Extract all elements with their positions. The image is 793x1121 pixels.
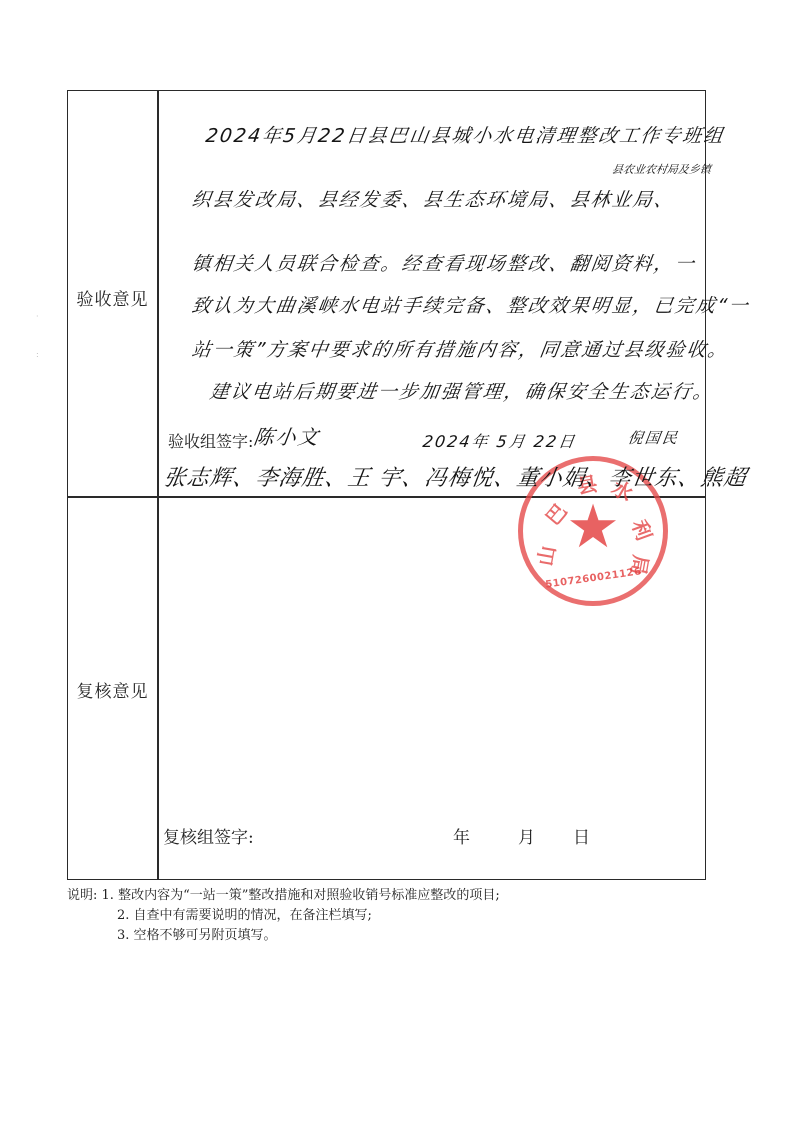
seal-char: 利 (626, 515, 660, 544)
acceptance-review-table: 验收意见 2024年5月22日县巴山县城小水电清理整改工作专班组 县农业农村局及… (67, 90, 706, 880)
review-signature-label: 复核组签字: (163, 823, 254, 848)
scan-speck: · (36, 312, 39, 321)
notes-section: 说明: 1. 整改内容为“一站一策”整改措施和对照验收销号标准应整改的项目; 2… (67, 886, 500, 946)
note-text: 1. 整改内容为“一站一策”整改措施和对照验收销号标准应整改的项目; (102, 888, 500, 903)
review-opinion-label: 复核意见 (68, 677, 157, 702)
acceptance-handwriting-line: 2024年5月22日县巴山县城小水电清理整改工作专班组 (204, 121, 726, 148)
acceptance-signature-first: 陈小文 (252, 421, 322, 450)
acceptance-handwriting-line: 建议电站后期要进一步加强管理，确保安全生态运行。 (208, 377, 716, 404)
acceptance-handwriting-line: 致认为大曲溪峡水电站手续完备、整改效果明显，已完成“一 (190, 291, 752, 318)
acceptance-signature-names: 张志辉、李海胜、王 宇、冯梅悦、董小娟、李世东、熊超 (162, 461, 749, 492)
review-date-year: 年 (453, 823, 470, 848)
note-item: 说明: 1. 整改内容为“一站一策”整改措施和对照验收销号标准应整改的项目; (67, 886, 500, 906)
acceptance-signature-label: 验收组签字: (168, 429, 253, 452)
review-date-month: 月 (518, 823, 535, 848)
star-icon: ★ (561, 495, 625, 559)
acceptance-handwriting-line: 织县发改局、县经发委、县生态环境局、县林业局、 (190, 185, 677, 212)
acceptance-signature-date: 2024年 5月 22日 (421, 429, 578, 452)
acceptance-inserted-note: 县农业农村局及乡镇 (611, 161, 712, 177)
column-divider (157, 91, 159, 879)
notes-prefix: 说明: (67, 888, 97, 903)
note-item: 3. 空格不够可另附页填写。 (67, 926, 500, 946)
acceptance-handwriting-line: 镇相关人员联合检查。经查看现场整改、翻阅资料，一 (190, 249, 698, 276)
acceptance-signature-extra: 倪国民 (627, 427, 681, 448)
acceptance-opinion-label: 验收意见 (68, 285, 157, 310)
acceptance-handwriting-line: 站一策”方案中要求的所有措施内容，同意通过县级验收。 (190, 335, 731, 362)
seal-code: 5107260021126 (545, 566, 643, 590)
scan-speck: : (36, 350, 39, 359)
note-item: 2. 自查中有需要说明的情况，在备注栏填写; (67, 906, 500, 926)
document-page: · : 验收意见 2024年5月22日县巴山县城小水电清理整改工作专班组 县农业… (0, 0, 793, 1121)
review-date-day: 日 (573, 823, 590, 848)
seal-char: 山 (529, 543, 561, 568)
